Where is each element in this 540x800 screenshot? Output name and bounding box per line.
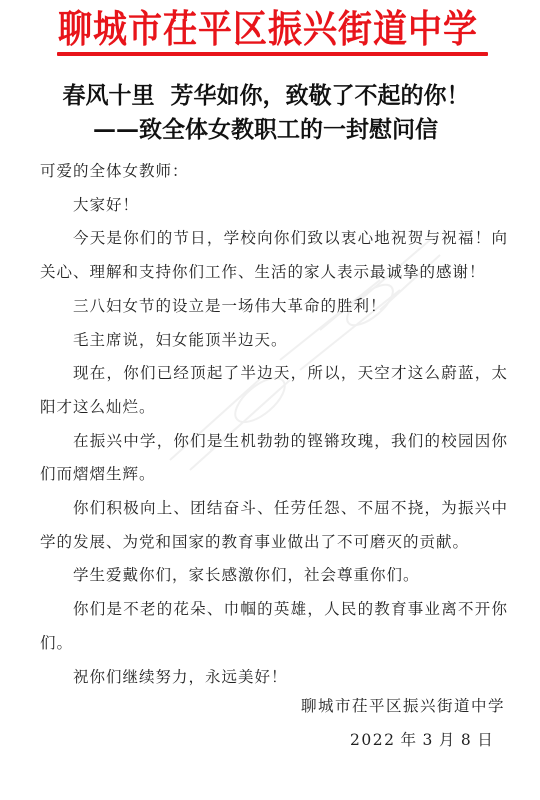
paragraph: 你们是不老的花朵、巾帼的英雄，人民的教育事业离不开你们。 <box>40 593 508 660</box>
letter-date: 2022年3月8日 <box>350 724 494 758</box>
paragraph: 在振兴中学，你们是生机勃勃的铿锵玫瑰，我们的校园因你们而熠熠生辉。 <box>40 425 508 492</box>
letter-subtitle: ——致全体女教职工的一封慰问信 <box>93 114 438 146</box>
school-letterhead: 聊城市茌平区振兴街道中学 <box>0 4 538 56</box>
date-year: 2022 <box>350 731 395 749</box>
date-day: 8 <box>461 731 472 749</box>
letter-page: 聊城市茌平区振兴街道中学 春风十里 芳华如你，致敬了不起的你！ ——致全体女教职… <box>0 0 540 800</box>
paragraph: 今天是你们的节日，学校向你们致以衷心地祝贺与祝福！向关心、理解和支持你们工作、生… <box>40 222 508 289</box>
signature: 聊城市茌平区振兴街道中学 <box>301 690 505 724</box>
date-month: 3 <box>422 731 433 749</box>
date-year-unit: 年 <box>400 731 417 749</box>
letter-title: 春风十里 芳华如你，致敬了不起的你！ <box>0 80 536 112</box>
date-month-unit: 月 <box>439 731 456 749</box>
paragraph: 毛主席说，妇女能顶半边天。 <box>40 324 508 358</box>
paragraph: 现在，你们已经顶起了半边天，所以，天空才这么蔚蓝，太阳才这么灿烂。 <box>40 357 508 424</box>
paragraph: 你们积极向上、团结奋斗、任劳任怨、不屈不挠，为振兴中学的发展、为党和国家的教育事… <box>40 492 508 559</box>
paragraph: 三八妇女节的设立是一场伟大革命的胜利！ <box>40 290 508 324</box>
paragraph: 学生爱戴你们，家长感激你们，社会尊重你们。 <box>40 559 508 593</box>
salutation: 可爱的全体女教师： <box>40 155 508 189</box>
letter-body: 可爱的全体女教师： 大家好！ 今天是你们的节日，学校向你们致以衷心地祝贺与祝福！… <box>40 155 508 694</box>
letterhead-red-rule <box>57 52 488 56</box>
date-day-unit: 日 <box>477 731 494 749</box>
paragraph: 大家好！ <box>40 189 508 223</box>
